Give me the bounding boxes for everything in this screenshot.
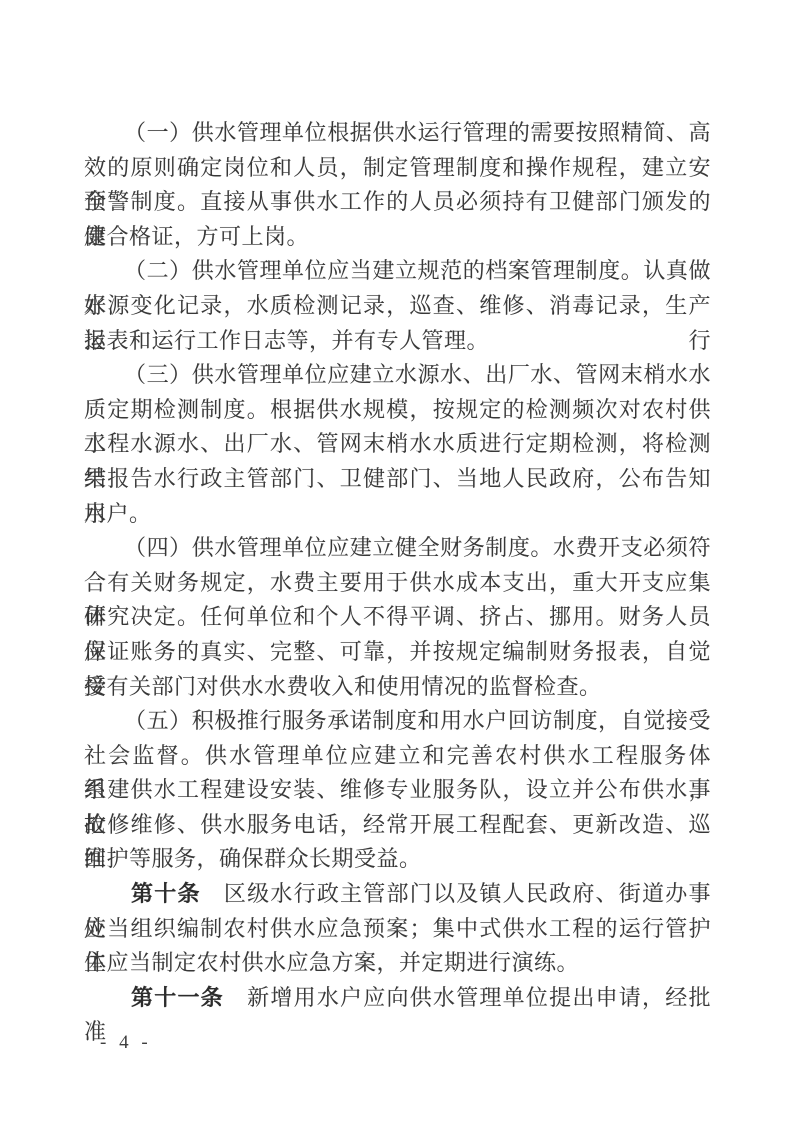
text-line: 抢修维修、供水服务电话，经常开展工程配套、更新改造、巡回 bbox=[84, 808, 711, 843]
paragraph-item-2: （二）供水管理单位应当建立规范的档案管理制度。认真做好 水源变化记录，水质检测记… bbox=[84, 254, 711, 358]
text-line: 水户。 bbox=[84, 497, 711, 532]
text-line: （三）供水管理单位应建立水源水、出厂水、管网末梢水水 bbox=[84, 358, 711, 393]
text-line: 预警制度。直接从事供水工作的人员必须持有卫健部门颁发的健 bbox=[84, 185, 711, 220]
paragraph-item-1: （一）供水管理单位根据供水运行管理的需要按照精简、高 效的原则确定岗位和人员，制… bbox=[84, 116, 711, 254]
text-line: 质定期检测制度。根据供水规模，按规定的检测频次对农村供水 bbox=[84, 393, 711, 428]
paragraph-item-3: （三）供水管理单位应建立水源水、出厂水、管网末梢水水 质定期检测制度。根据供水规… bbox=[84, 358, 711, 531]
page-number: - 4 - bbox=[100, 1031, 150, 1055]
document-body: （一）供水管理单位根据供水运行管理的需要按照精简、高 效的原则确定岗位和人员，制… bbox=[84, 116, 711, 1015]
article-number: 第十一条 bbox=[131, 985, 224, 1010]
text-line: 合有关财务规定，水费主要用于供水成本支出，重大开支应集体 bbox=[84, 566, 711, 601]
text-line: 研究决定。任何单位和个人不得平调、挤占、挪用。财务人员应 bbox=[84, 600, 711, 635]
article-number: 第十条 bbox=[131, 881, 201, 906]
text-line: 社会监督。供水管理单位应建立和完善农村供水工程服务体系， bbox=[84, 739, 711, 774]
text-line: 组建供水工程建设安装、维修专业服务队，设立并公布供水事故 bbox=[84, 773, 711, 808]
text-line: 受有关部门对供水水费收入和使用情况的监督检查。 bbox=[84, 670, 711, 705]
text-line: （五）积极推行服务承诺制度和用水户回访制度，自觉接受 bbox=[84, 704, 711, 739]
text-line: 效的原则确定岗位和人员，制定管理制度和操作规程，建立安全 bbox=[84, 151, 711, 186]
paragraph-item-5: （五）积极推行服务承诺制度和用水户回访制度，自觉接受 社会监督。供水管理单位应建… bbox=[84, 704, 711, 877]
text-line: 果报告水行政主管部门、卫健部门、当地人民政府，公布告知用 bbox=[84, 462, 711, 497]
text-line: 工程水源水、出厂水、管网末梢水水质进行定期检测，将检测结 bbox=[84, 427, 711, 462]
text-line: 维护等服务，确保群众长期受益。 bbox=[84, 842, 711, 877]
text-line: （二）供水管理单位应当建立规范的档案管理制度。认真做好 bbox=[84, 254, 711, 289]
text-line: 体应当制定农村供水应急方案，并定期进行演练。 bbox=[84, 946, 711, 981]
text-line: （四）供水管理单位应建立健全财务制度。水费开支必须符 bbox=[84, 531, 711, 566]
text-line: 保证账务的真实、完整、可靠，并按规定编制财务报表，自觉接 bbox=[84, 635, 711, 670]
text-line: （一）供水管理单位根据供水运行管理的需要按照精简、高 bbox=[84, 116, 711, 151]
text-line: 康合格证，方可上岗。 bbox=[84, 220, 711, 255]
article-heading-line: 第十条 区级水行政主管部门以及镇人民政府、街道办事处 bbox=[84, 877, 711, 912]
text-line: 应当组织编制农村供水应急预案；集中式供水工程的运行管护主 bbox=[84, 912, 711, 947]
article-heading-line: 第十一条 新增用水户应向供水管理单位提出申请，经批准 bbox=[84, 981, 711, 1016]
article-11: 第十一条 新增用水户应向供水管理单位提出申请，经批准 bbox=[84, 981, 711, 1016]
article-10: 第十条 区级水行政主管部门以及镇人民政府、街道办事处 应当组织编制农村供水应急预… bbox=[84, 877, 711, 981]
paragraph-item-4: （四）供水管理单位应建立健全财务制度。水费开支必须符 合有关财务规定，水费主要用… bbox=[84, 531, 711, 704]
document-page: （一）供水管理单位根据供水运行管理的需要按照精简、高 效的原则确定岗位和人员，制… bbox=[0, 0, 792, 1121]
text-line: 水源变化记录，水质检测记录，巡查、维修、消毒记录，生产运行 bbox=[84, 289, 711, 324]
